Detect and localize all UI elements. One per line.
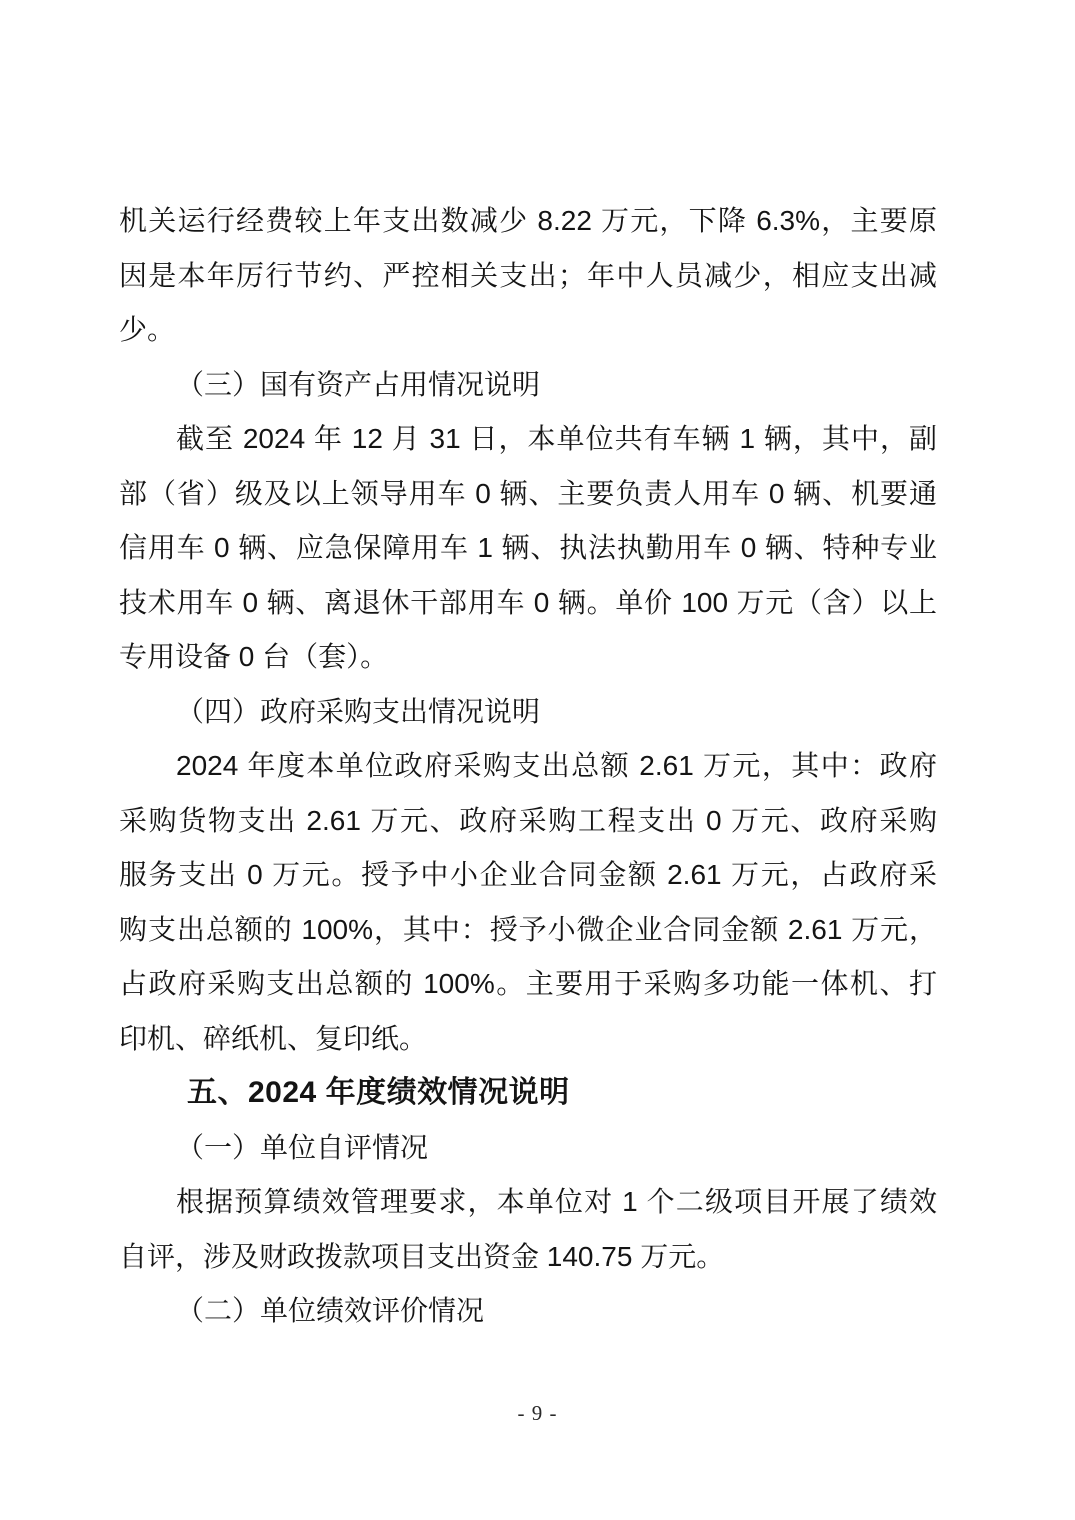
text-line: 服务支出 0 万元。授予中小企业合同金额 2.61 万元，占政府采 [119, 848, 937, 903]
text-line: 采购货物支出 2.61 万元、政府采购工程支出 0 万元、政府采购 [119, 794, 937, 849]
text-line: 机关运行经费较上年支出数减少 8.22 万元，下降 6.3%，主要原 [119, 194, 937, 249]
text-line: 根据预算绩效管理要求，本单位对 1 个二级项目开展了绩效 [119, 1175, 937, 1230]
text-line: 截至 2024 年 12 月 31 日，本单位共有车辆 1 辆，其中，副 [119, 412, 937, 467]
paragraph-procurement-detail: 2024 年度本单位政府采购支出总额 2.61 万元，其中：政府 采购货物支出 … [119, 739, 937, 1066]
document-body: 机关运行经费较上年支出数减少 8.22 万元，下降 6.3%，主要原 因是本年厉… [119, 194, 937, 1339]
text-line: 因是本年厉行节约、严控相关支出；年中人员减少，相应支出减 [119, 249, 937, 304]
text-line: 少。 [119, 303, 937, 358]
document-page: 机关运行经费较上年支出数减少 8.22 万元，下降 6.3%，主要原 因是本年厉… [0, 0, 1075, 1520]
subsection-heading-self-evaluation: （一）单位自评情况 [119, 1121, 937, 1176]
text-line: 购支出总额的 100%，其中：授予小微企业合同金额 2.61 万元， [119, 903, 937, 958]
paragraph-operating-funds: 机关运行经费较上年支出数减少 8.22 万元，下降 6.3%，主要原 因是本年厉… [119, 194, 937, 358]
text-line: 自评，涉及财政拨款项目支出资金 140.75 万元。 [119, 1230, 937, 1285]
page-number: - 9 - [518, 1401, 558, 1425]
section-heading-performance: 五、2024 年度绩效情况说明 [119, 1066, 937, 1121]
subsection-heading-state-assets: （三）国有资产占用情况说明 [119, 358, 937, 413]
subsection-heading-performance-evaluation: （二）单位绩效评价情况 [119, 1284, 937, 1339]
paragraph-self-evaluation: 根据预算绩效管理要求，本单位对 1 个二级项目开展了绩效 自评，涉及财政拨款项目… [119, 1175, 937, 1284]
text-line: 专用设备 0 台（套）。 [119, 630, 937, 685]
text-line: 信用车 0 辆、应急保障用车 1 辆、执法执勤用车 0 辆、特种专业 [119, 521, 937, 576]
text-line: 印机、碎纸机、复印纸。 [119, 1012, 937, 1067]
text-line: 部（省）级及以上领导用车 0 辆、主要负责人用车 0 辆、机要通 [119, 467, 937, 522]
subsection-heading-procurement: （四）政府采购支出情况说明 [119, 685, 937, 740]
text-line: 技术用车 0 辆、离退休干部用车 0 辆。单价 100 万元（含）以上 [119, 576, 937, 631]
page-footer: - 9 - [0, 1398, 1075, 1428]
text-line: 2024 年度本单位政府采购支出总额 2.61 万元，其中：政府 [119, 739, 937, 794]
text-line: 占政府采购支出总额的 100%。主要用于采购多功能一体机、打 [119, 957, 937, 1012]
paragraph-vehicles-assets: 截至 2024 年 12 月 31 日，本单位共有车辆 1 辆，其中，副 部（省… [119, 412, 937, 685]
